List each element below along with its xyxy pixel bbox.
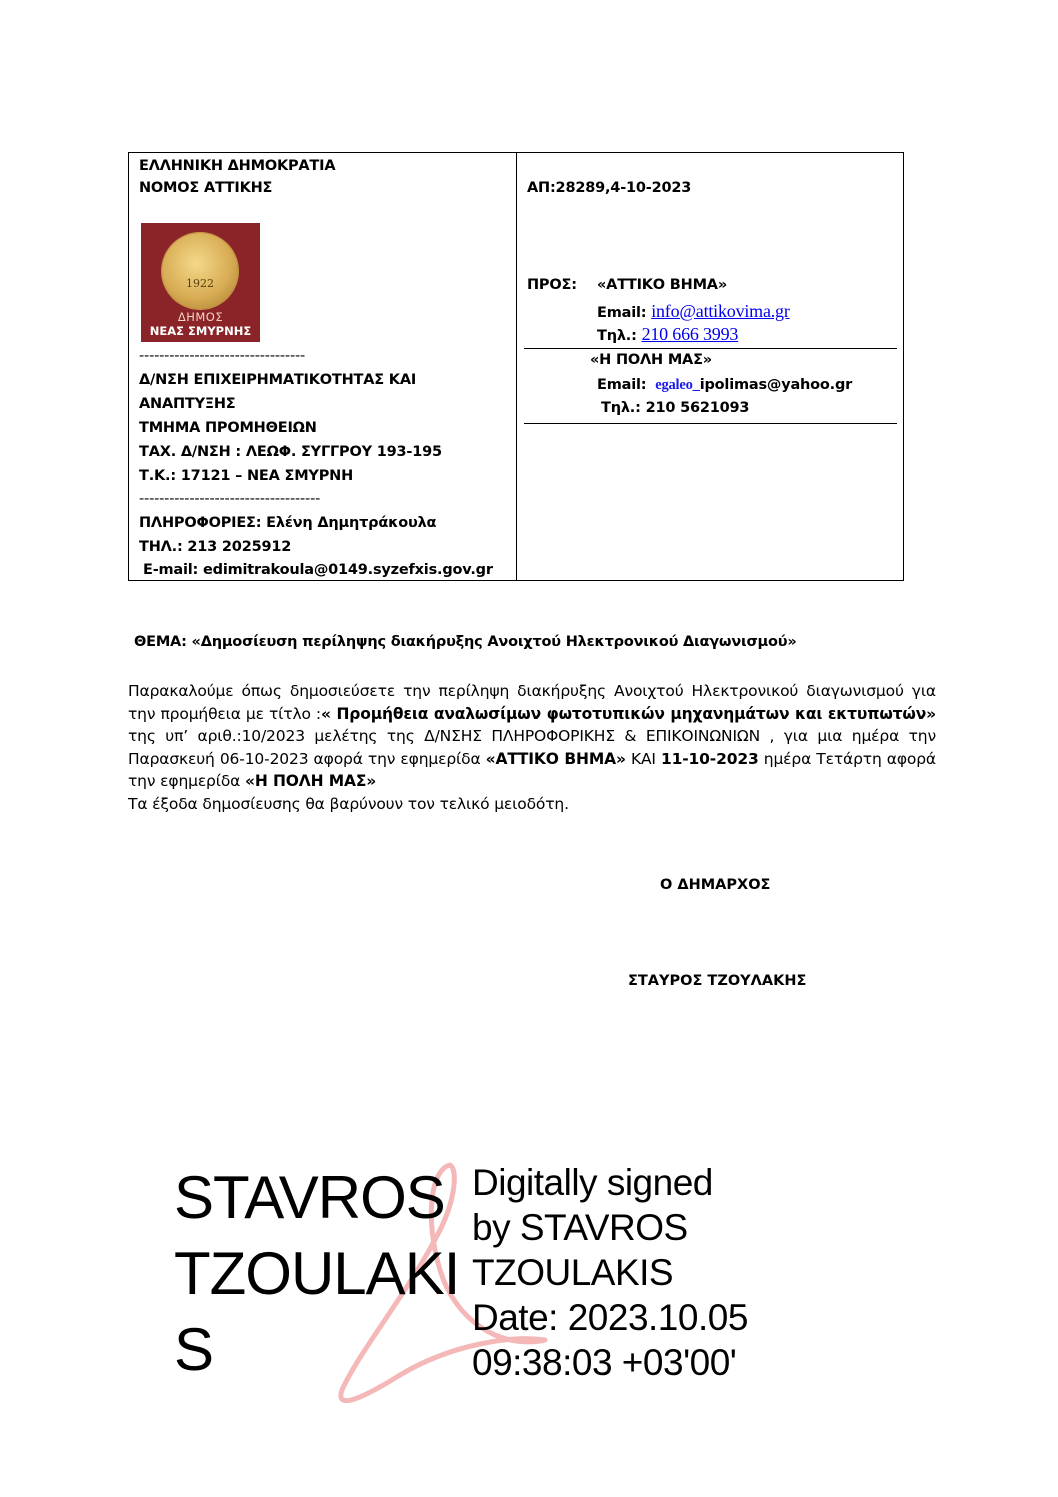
signature-date: Date: 2023.10.05 xyxy=(472,1295,748,1340)
signature-time: 09:38:03 +03'00' xyxy=(472,1340,748,1385)
department-line1: Δ/ΝΣΗ ΕΠΙΧΕΙΡΗΜΑΤΙΚΟΤΗΤΑΣ ΚΑΙ xyxy=(139,372,416,388)
separator: ------------------------------------ xyxy=(139,491,320,507)
recipient1-phone-row: Τηλ.: 210 666 3993 xyxy=(597,324,738,345)
sender-column: ΕΛΛΗΝΙΚΗ ΔΗΜΟΚΡΑΤΙΑ ΝΟΜΟΣ ΑΤΤΙΚΗΣ 1922 Δ… xyxy=(129,153,517,580)
signer-name-large: STAVROS TZOULAKI S xyxy=(174,1160,459,1388)
recipient1-name: «ΑΤΤΙΚΟ ΒΗΜΑ» xyxy=(597,277,727,293)
newspaper-2: «Η ΠΟΛΗ ΜΑΣ» xyxy=(245,772,376,790)
recipient2-email-row: Email: egaleo_ipolimas@yahoo.gr xyxy=(597,377,852,394)
logo-text-dimos: ΔΗΜΟΣ xyxy=(141,310,260,324)
recipient-column: ΑΠ:28289,4-10-2023 ΠΡΟΣ: «ΑΤΤΙΚΟ ΒΗΜΑ» E… xyxy=(517,153,903,580)
municipality-logo: 1922 ΔΗΜΟΣ ΝΕΑΣ ΣΜΥΡΝΗΣ xyxy=(141,223,260,342)
signatory-name: ΣΤΑΥΡΟΣ ΤΖΟΥΛΑΚΗΣ xyxy=(628,973,806,989)
recipient2-email-highlight: egaleo_ xyxy=(655,377,700,393)
recipient1-email-row: Email: info@attikovima.gr xyxy=(597,301,790,322)
recipient2-name: «Η ΠΟΛΗ ΜΑΣ» xyxy=(590,352,712,368)
letter-body: Παρακαλούμε όπως δημοσιεύσετε την περίλη… xyxy=(128,680,936,815)
publication-date-2: 11-10-2023 xyxy=(661,750,759,768)
coin-emblem-icon: 1922 xyxy=(162,233,238,309)
prefecture-heading: ΝΟΜΟΣ ΑΤΤΙΚΗΣ xyxy=(139,180,272,196)
recipient2-email: ipolimas@yahoo.gr xyxy=(700,377,852,393)
to-label: ΠΡΟΣ: xyxy=(527,277,577,293)
body-paragraph: Τα έξοδα δημοσίευσης θα βαρύνουν τον τελ… xyxy=(128,793,936,816)
subject-line: ΘΕΜΑ: «Δημοσίευση περίληψης διακήρυξης Α… xyxy=(134,634,797,650)
recipient1-phone-link[interactable]: 210 666 3993 xyxy=(642,324,739,344)
country-heading: ΕΛΛΗΝΙΚΗ ΔΗΜΟΚΡΑΤΙΑ xyxy=(139,158,335,174)
logo-text-municipality: ΝΕΑΣ ΣΜΥΡΝΗΣ xyxy=(141,324,260,338)
letterhead-table: ΕΛΛΗΝΙΚΗ ΔΗΜΟΚΡΑΤΙΑ ΝΟΜΟΣ ΑΤΤΙΚΗΣ 1922 Δ… xyxy=(128,152,904,581)
postal-code: Τ.Κ.: 17121 – ΝΕΑ ΣΜΥΡΝΗ xyxy=(139,468,353,484)
separator: --------------------------------- xyxy=(139,348,305,364)
signatory-title: Ο ΔΗΜΑΡΧΟΣ xyxy=(660,877,770,893)
contact-phone: ΤΗΛ.: 213 2025912 xyxy=(139,539,291,555)
divider xyxy=(524,348,897,349)
newspaper-1: «ΑΤΤΙΚΟ ΒΗΜΑ» xyxy=(486,750,626,768)
postal-address: ΤΑΧ. Δ/ΝΣΗ : ΛΕΩΦ. ΣΥΓΓΡΟΥ 193-195 xyxy=(139,444,442,460)
body-paragraph: Παρακαλούμε όπως δημοσιεύσετε την περίλη… xyxy=(128,680,936,793)
recipient1-email-link[interactable]: info@attikovima.gr xyxy=(651,301,789,321)
protocol-number: ΑΠ:28289,4-10-2023 xyxy=(527,180,691,196)
procurement-title: « Προμήθεια αναλωσίμων φωτοτυπικών μηχαν… xyxy=(321,705,936,723)
digital-signature-stamp[interactable]: STAVROS TZOULAKI S Digitally signed by S… xyxy=(160,1150,780,1410)
divider xyxy=(524,423,897,424)
signature-details: Digitally signed by STAVROS TZOULAKIS Da… xyxy=(472,1160,748,1385)
recipient2-phone-row: Τηλ.: 210 5621093 xyxy=(601,400,749,416)
section-name: ΤΜΗΜΑ ΠΡΟΜΗΘΕΙΩΝ xyxy=(139,420,317,436)
contact-email: E-mail: edimitrakoula@0149.syzefxis.gov.… xyxy=(143,562,493,578)
department-line2: ΑΝΑΠΤΥΞΗΣ xyxy=(139,396,236,412)
contact-person: ΠΛΗΡΟΦΟΡΙΕΣ: Ελένη Δημητράκουλα xyxy=(139,515,436,531)
